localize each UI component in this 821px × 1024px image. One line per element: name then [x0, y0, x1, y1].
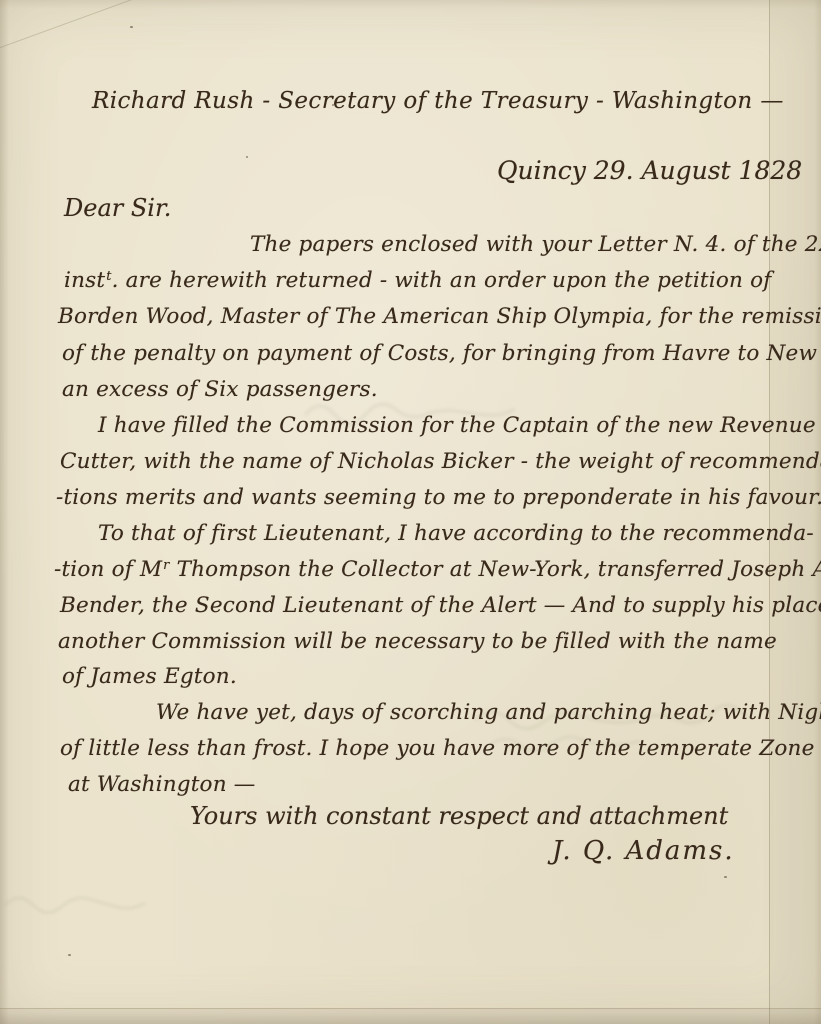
letter-line-text: The papers enclosed with your Letter N. …	[250, 232, 821, 257]
letter-line: of James Egton.	[62, 664, 237, 689]
letter-line-text: -tion of M	[54, 557, 162, 582]
signature: J. Q. Adams.	[552, 836, 735, 866]
letter-line: We have yet, days of scorching and parch…	[156, 700, 821, 725]
salutation: Dear Sir.	[64, 194, 171, 222]
letter-line-text: . are herewith returned - with an order …	[112, 268, 772, 293]
letter-line: at Washington —	[68, 772, 255, 797]
letter-line: instt. are herewith returned - with an o…	[64, 268, 771, 293]
letter-line: To that of first Lieutenant, I have acco…	[98, 521, 814, 546]
paper-fold-vertical-shade	[770, 0, 821, 1024]
letter-line: The papers enclosed with your Letter N. …	[250, 232, 821, 257]
paper-crease-corner	[0, 0, 184, 57]
letter-line: Borden Wood, Master of The American Ship…	[58, 304, 821, 329]
letter-line: -tion of Mr Thompson the Collector at Ne…	[54, 557, 821, 582]
paper-speck	[68, 954, 71, 956]
letter-page: Richard Rush - Secretary of the Treasury…	[0, 0, 821, 1024]
paper-fold-horizontal-shade	[0, 1009, 821, 1024]
letter-line-text: inst	[64, 268, 105, 293]
paper-speck	[130, 26, 133, 28]
closing-line: Yours with constant respect and attachme…	[190, 802, 728, 830]
recipient-address-line: Richard Rush - Secretary of the Treasury…	[92, 88, 784, 114]
letter-line: Bender, the Second Lieutenant of the Ale…	[60, 593, 821, 618]
dateline: Quincy 29. August 1828	[497, 156, 802, 185]
letter-line: I have filled the Commission for the Cap…	[98, 413, 816, 438]
letter-line-text: Thompson the Collector at New-York, tran…	[170, 557, 821, 582]
paper-speck	[246, 156, 248, 158]
letter-line: an excess of Six passengers.	[62, 377, 378, 402]
paper-speck	[724, 876, 727, 878]
letter-line: of the penalty on payment of Costs, for …	[62, 341, 821, 366]
letter-line: -tions merits and wants seeming to me to…	[56, 485, 821, 510]
letter-line: of little less than frost. I hope you ha…	[60, 736, 815, 761]
ink-bleedthrough	[0, 880, 200, 930]
letter-line: Cutter, with the name of Nicholas Bicker…	[60, 449, 821, 474]
letter-line: another Commission will be necessary to …	[58, 629, 777, 654]
